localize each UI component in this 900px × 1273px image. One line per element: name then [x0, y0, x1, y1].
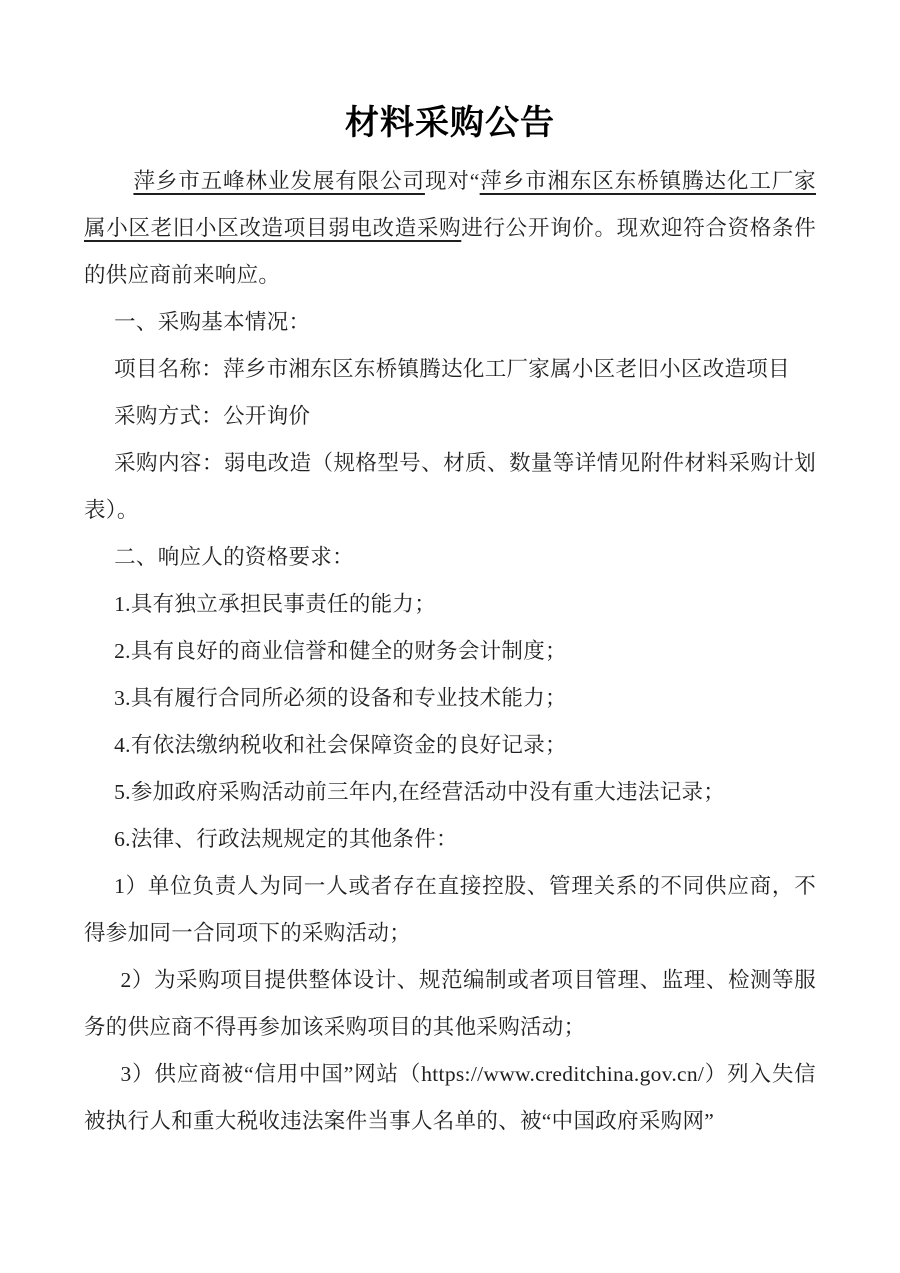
text-segment: 现对“: [425, 169, 480, 193]
text-segment: 1.具有独立承担民事责任的能力；: [114, 592, 436, 616]
text-segment: 采购方式：公开询价: [114, 404, 310, 428]
document-page: 材料采购公告 萍乡市五峰林业发展有限公司现对“萍乡市湘东区东桥镇腾达化工厂家属小…: [0, 0, 900, 1273]
document-paragraph: 1.具有独立承担民事责任的能力；: [84, 581, 816, 628]
text-segment: 4.有依法缴纳税收和社会保障资金的良好记录；: [114, 733, 567, 757]
document-paragraph: 6.法律、行政法规规定的其他条件：: [84, 816, 816, 863]
text-segment: 6.法律、行政法规规定的其他条件：: [114, 827, 458, 851]
document-paragraph: 一、采购基本情况：: [84, 299, 816, 346]
document-paragraph: 5.参加政府采购活动前三年内,在经营活动中没有重大违法记录；: [84, 769, 816, 816]
text-segment: 3.具有履行合同所必须的设备和专业技术能力；: [114, 686, 567, 710]
text-segment: 5.参加政府采购活动前三年内,在经营活动中没有重大违法记录；: [114, 780, 725, 804]
document-paragraph: 采购内容：弱电改造（规格型号、材质、数量等详情见附件材料采购计划表）。: [84, 440, 816, 534]
document-paragraph: 3.具有履行合同所必须的设备和专业技术能力；: [84, 675, 816, 722]
document-paragraph: 1）单位负责人为同一人或者存在直接控股、管理关系的不同供应商，不得参加同一合同项…: [84, 863, 816, 957]
text-segment: 采购内容：弱电改造（规格型号、材质、数量等详情见附件材料采购计划表）。: [84, 451, 816, 522]
document-paragraph: 4.有依法缴纳税收和社会保障资金的良好记录；: [84, 722, 816, 769]
document-paragraph: 二、响应人的资格要求：: [84, 534, 816, 581]
text-segment: 二、响应人的资格要求：: [114, 545, 354, 569]
document-title: 材料采购公告: [84, 100, 816, 148]
document-paragraph: 3）供应商被“信用中国”网站（https://www.creditchina.g…: [84, 1051, 816, 1145]
document-paragraph: 萍乡市五峰林业发展有限公司现对“萍乡市湘东区东桥镇腾达化工厂家属小区老旧小区改造…: [84, 158, 816, 299]
text-segment: 2.具有良好的商业信誉和健全的财务会计制度；: [114, 639, 567, 663]
text-segment: 3）供应商被“信用中国”网站（https://www.creditchina.g…: [84, 1062, 816, 1133]
document-paragraph: 采购方式：公开询价: [84, 393, 816, 440]
document-body: 萍乡市五峰林业发展有限公司现对“萍乡市湘东区东桥镇腾达化工厂家属小区老旧小区改造…: [84, 158, 816, 1145]
text-segment: 2）为采购项目提供整体设计、规范编制或者项目管理、监理、检测等服务的供应商不得再…: [84, 968, 816, 1039]
text-segment: 一、采购基本情况：: [114, 310, 310, 334]
text-segment: 项目名称：萍乡市湘东区东桥镇腾达化工厂家属小区老旧小区改造项目: [114, 357, 790, 381]
document-paragraph: 2.具有良好的商业信誉和健全的财务会计制度；: [84, 628, 816, 675]
document-paragraph: 项目名称：萍乡市湘东区东桥镇腾达化工厂家属小区老旧小区改造项目: [84, 346, 816, 393]
underlined-text-segment: 萍乡市五峰林业发展有限公司: [133, 169, 425, 193]
page-content: 材料采购公告 萍乡市五峰林业发展有限公司现对“萍乡市湘东区东桥镇腾达化工厂家属小…: [0, 0, 900, 1145]
text-segment: 1）单位负责人为同一人或者存在直接控股、管理关系的不同供应商，不得参加同一合同项…: [84, 874, 816, 945]
document-paragraph: 2）为采购项目提供整体设计、规范编制或者项目管理、监理、检测等服务的供应商不得再…: [84, 957, 816, 1051]
